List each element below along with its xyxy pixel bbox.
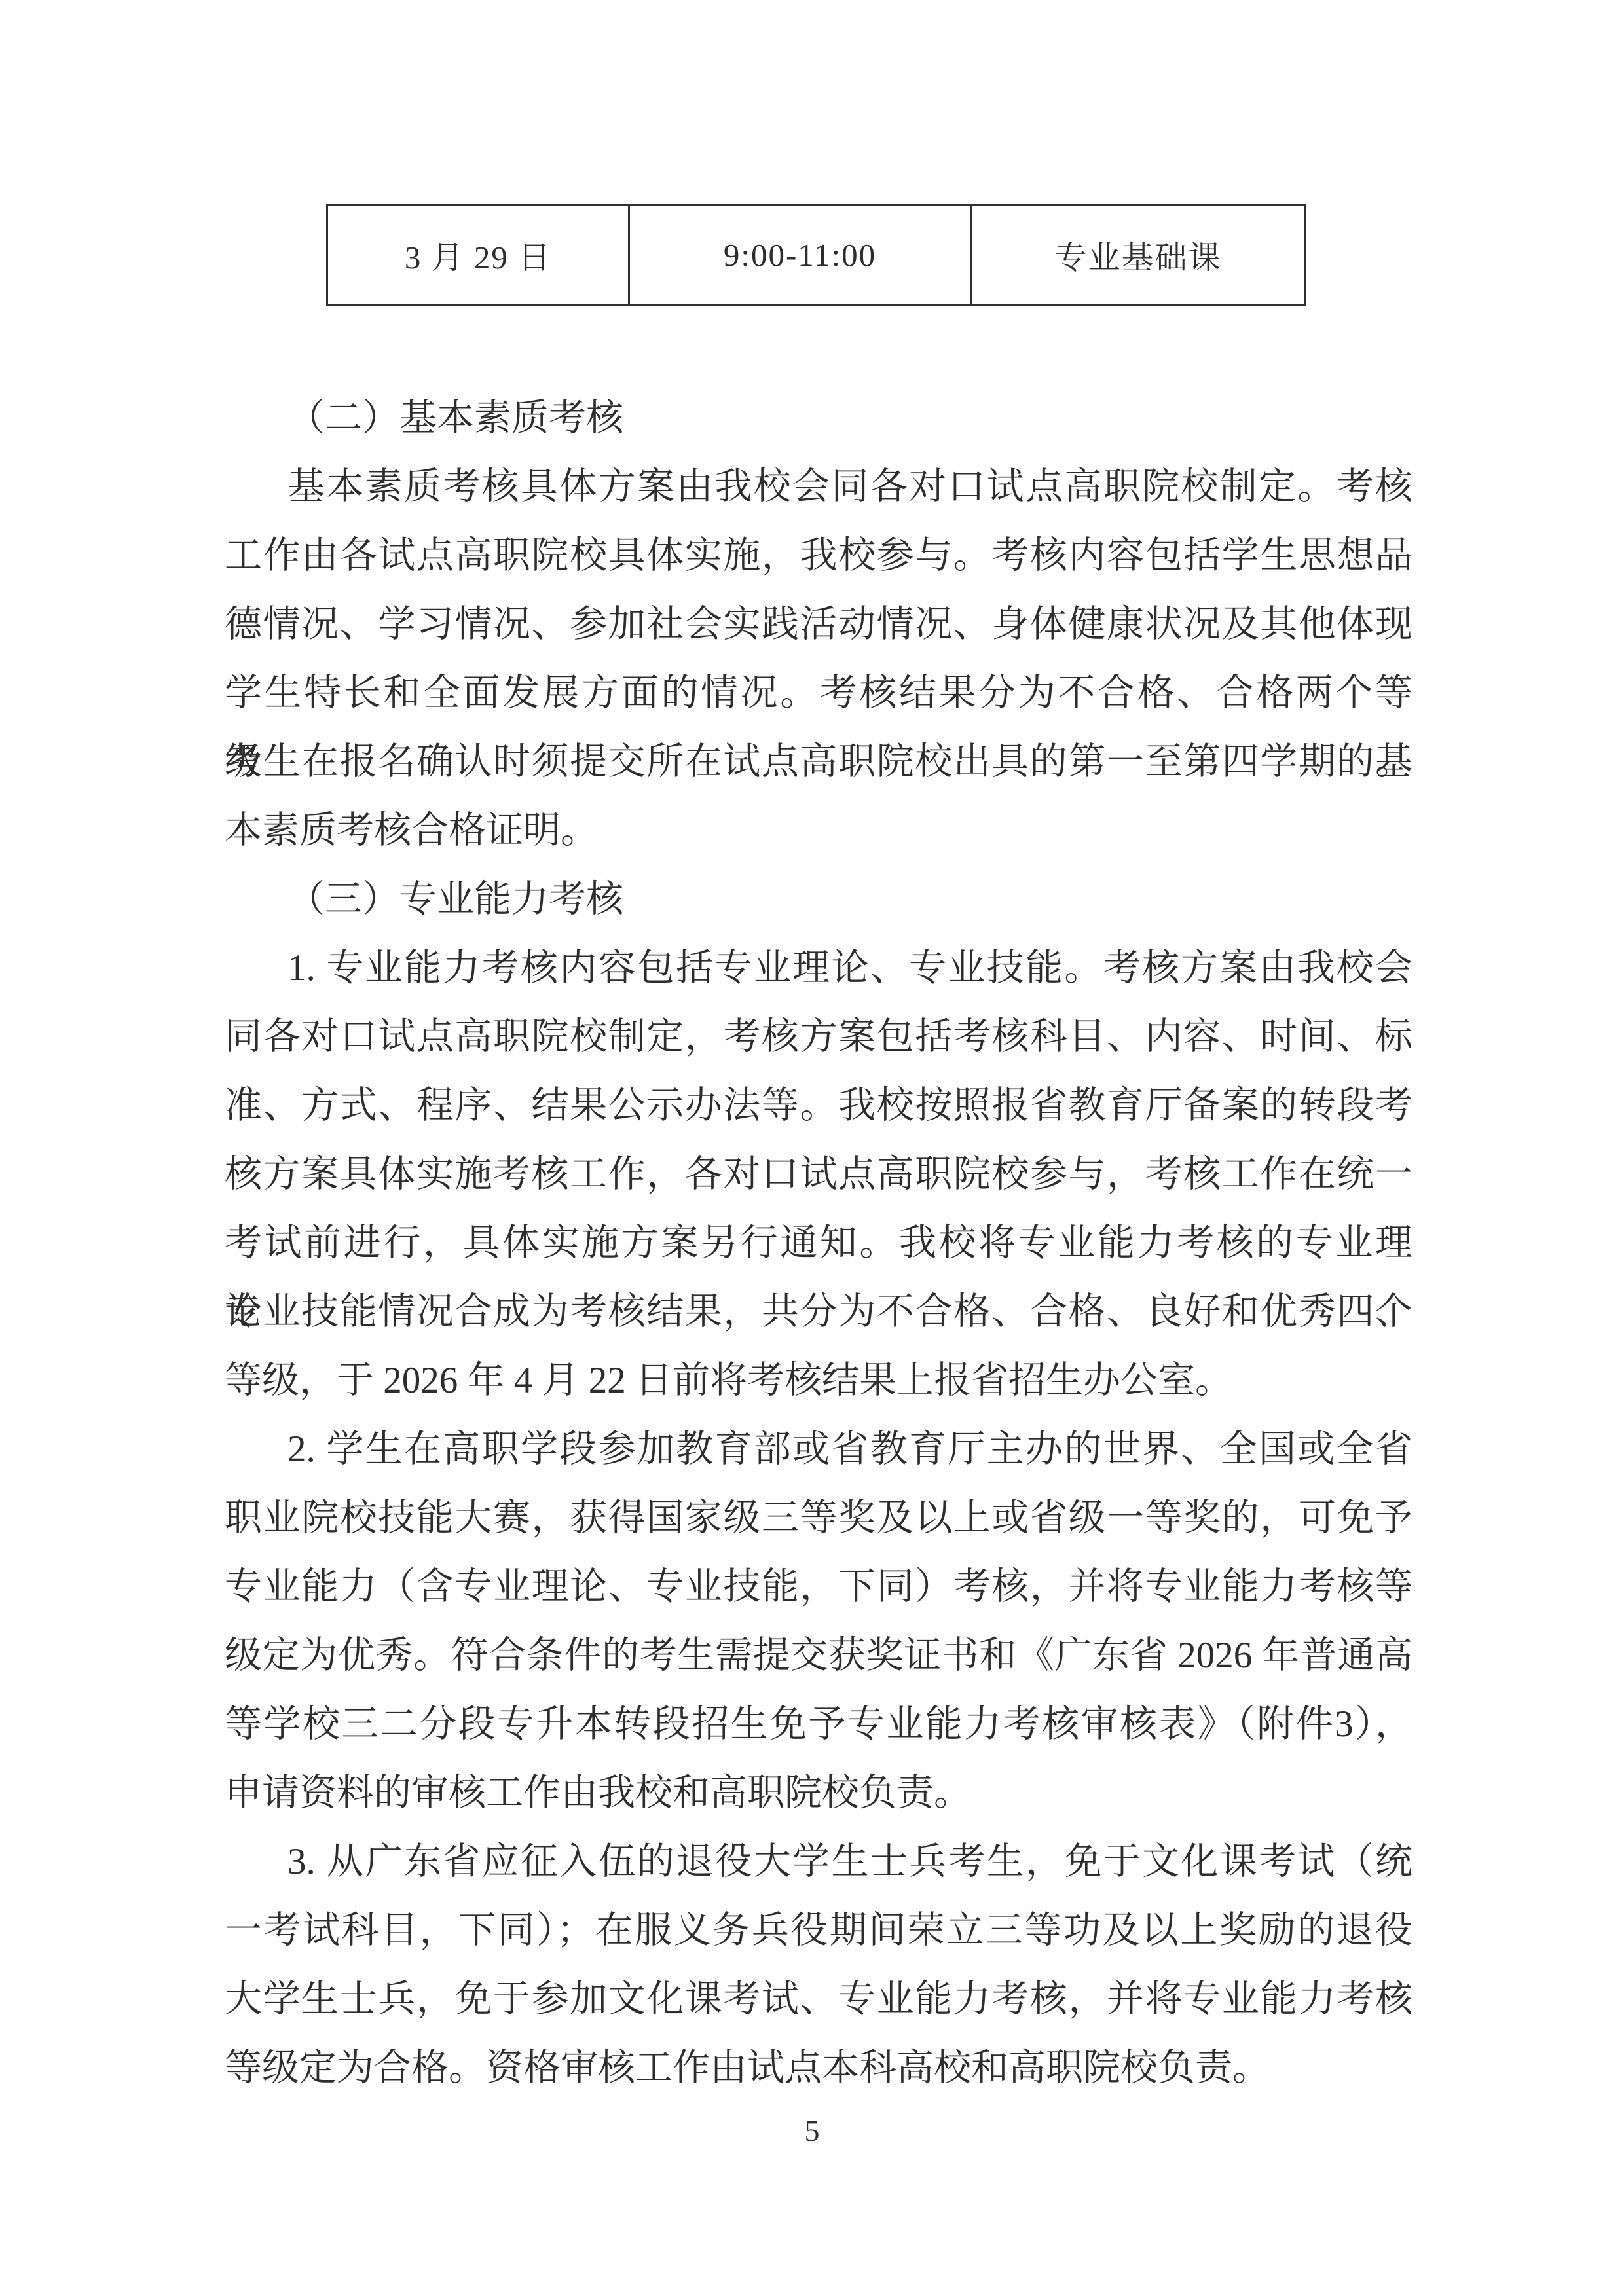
text-line: 专业技能情况合成为考核结果，共分为不合格、合格、良好和优秀四个 [225, 1277, 1412, 1346]
text-line: （三）专业能力考核 [225, 865, 1412, 934]
text-line: （二）基本素质考核 [225, 384, 1412, 452]
text-line: 大学生士兵，免于参加文化课考试、专业能力考核，并将专业能力考核 [225, 1965, 1412, 2033]
text-line: 职业院校技能大赛，获得国家级三等奖及以上或省级一等奖的，可免予 [225, 1484, 1412, 1552]
text-line: 1. 专业能力考核内容包括专业理论、专业技能。考核方案由我校会 [225, 934, 1412, 1002]
text-line: 2. 学生在高职学段参加教育部或省教育厅主办的世界、全国或全省 [225, 1415, 1412, 1484]
text-line: 基本素质考核具体方案由我校会同各对口试点高职院校制定。考核 [225, 452, 1412, 521]
text-line: 学生特长和全面发展方面的情况。考核结果分为不合格、合格两个等级。 [225, 659, 1412, 727]
text-line: 工作由各试点高职院校具体实施，我校参与。考核内容包括学生思想品 [225, 521, 1412, 590]
exam-schedule-table: 3 月 29 日 9:00-11:00 专业基础课 [326, 204, 1306, 306]
text-line: 等级，于 2026 年 4 月 22 日前将考核结果上报省招生办公室。 [225, 1346, 1412, 1415]
text-line: 核方案具体实施考核工作，各对口试点高职院校参与，考核工作在统一 [225, 1140, 1412, 1209]
text-line: 准、方式、程序、结果公示办法等。我校按照报省教育厅备案的转段考 [225, 1071, 1412, 1140]
text-line: 同各对口试点高职院校制定，考核方案包括考核科目、内容、时间、标 [225, 1002, 1412, 1071]
page-number: 5 [0, 2113, 1624, 2148]
text-line: 等学校三二分段专升本转段招生免予专业能力考核审核表》（附件3）， [225, 1690, 1412, 1758]
text-line: 考试前进行，具体实施方案另行通知。我校将专业能力考核的专业理论、 [225, 1209, 1412, 1277]
text-line: 考生在报名确认时须提交所在试点高职院校出具的第一至第四学期的基 [225, 727, 1412, 796]
text-line: 本素质考核合格证明。 [225, 796, 1412, 865]
schedule-time-cell: 9:00-11:00 [628, 206, 970, 304]
text-line: 德情况、学习情况、参加社会实践活动情况、身体健康状况及其他体现 [225, 590, 1412, 659]
text-line: 申请资料的审核工作由我校和高职院校负责。 [225, 1758, 1412, 1827]
text-line: 专业能力（含专业理论、专业技能，下同）考核，并将专业能力考核等 [225, 1552, 1412, 1621]
schedule-date-cell: 3 月 29 日 [328, 206, 628, 304]
text-line: 一考试科目，下同）；在服义务兵役期间荣立三等功及以上奖励的退役 [225, 1896, 1412, 1965]
text-line: 级定为优秀。符合条件的考生需提交获奖证书和《广东省 2026 年普通高 [225, 1621, 1412, 1690]
document-page: 3 月 29 日 9:00-11:00 专业基础课 （二）基本素质考核基本素质考… [0, 0, 1624, 2296]
schedule-subject-cell: 专业基础课 [970, 206, 1304, 304]
body-text: （二）基本素质考核基本素质考核具体方案由我校会同各对口试点高职院校制定。考核工作… [225, 384, 1412, 2102]
text-line: 等级定为合格。资格审核工作由试点本科高校和高职院校负责。 [225, 2033, 1412, 2102]
text-line: 3. 从广东省应征入伍的退役大学生士兵考生，免于文化课考试（统 [225, 1827, 1412, 1896]
